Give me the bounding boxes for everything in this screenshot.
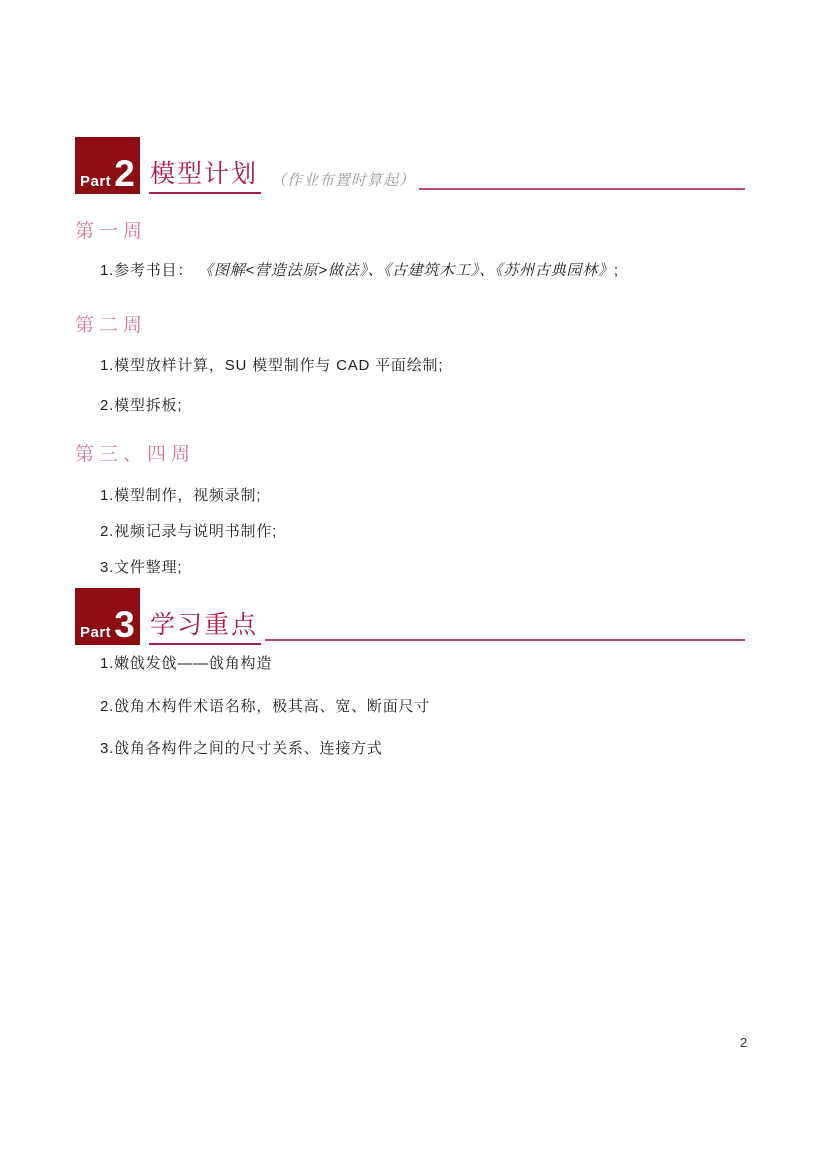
list-item: 3.戗角各构件之间的尺寸关系、连接方式 [100,737,383,758]
part-number: 2 [114,153,135,194]
item-text: 视频记录与说明书制作; [114,523,277,540]
part3-title: 学习重点 [149,605,261,645]
part-number: 3 [114,604,135,645]
item-text: 嫩戗发戗——戗角构造 [114,655,272,672]
item-label: 参考书目： [114,262,198,279]
list-item: 1.模型放样计算，SU 模型制作与 CAD 平面绘制; [100,354,443,375]
item-text: 戗角各构件之间的尺寸关系、连接方式 [114,740,383,757]
part3-badge-text: Part3 [80,606,135,643]
section-heading-week1: 第一周 [75,216,147,243]
section-heading-week34: 第三、四周 [75,439,195,466]
part-label: Part [80,624,111,641]
document-page: Part2 模型计划 （作业布置时算起） 第一周 1.参考书目： 《图解<营造法… [0,0,828,1171]
header-rule [419,188,745,190]
part2-badge-text: Part2 [80,155,135,192]
item-text: 文件整理; [114,559,182,576]
part3-header: Part3 学习重点 [75,588,745,645]
list-item: 2.视频记录与说明书制作; [100,520,277,541]
list-item: 1.参考书目： 《图解<营造法原>做法》、《古建筑木工》、《苏州古典园林》; [100,259,619,280]
item-text: 模型放样计算，SU 模型制作与 CAD 平面绘制; [114,357,443,374]
part-label: Part [80,173,111,190]
part2-badge: Part2 [75,137,140,194]
item-tail: ; [614,262,619,279]
item-number: 3. [100,559,114,576]
list-item: 3.文件整理; [100,556,182,577]
header-rule [265,639,745,641]
list-item: 1.模型制作，视频录制; [100,484,261,505]
item-number: 1. [100,487,114,504]
list-item: 2.戗角木构件术语名称，极其高、宽、断面尺寸 [100,695,430,716]
item-number: 1. [100,262,114,279]
book-titles: 《图解<营造法原>做法》、《古建筑木工》、《苏州古典园林》 [198,262,614,279]
section-heading-week2: 第二周 [75,310,147,337]
item-number: 2. [100,523,114,540]
item-number: 1. [100,655,114,672]
item-text: 戗角木构件术语名称，极其高、宽、断面尺寸 [114,698,430,715]
part2-title: 模型计划 [149,154,261,194]
list-item: 1.嫩戗发戗——戗角构造 [100,652,272,673]
page-number: 2 [740,1035,747,1050]
item-text: 模型拆板; [114,397,182,414]
item-text: 模型制作，视频录制; [114,487,261,504]
item-number: 3. [100,740,114,757]
item-number: 2. [100,698,114,715]
item-number: 2. [100,397,114,414]
part2-subtitle: （作业布置时算起） [271,169,415,194]
list-item: 2.模型拆板; [100,394,182,415]
part2-header: Part2 模型计划 （作业布置时算起） [75,137,745,194]
part3-badge: Part3 [75,588,140,645]
item-number: 1. [100,357,114,374]
